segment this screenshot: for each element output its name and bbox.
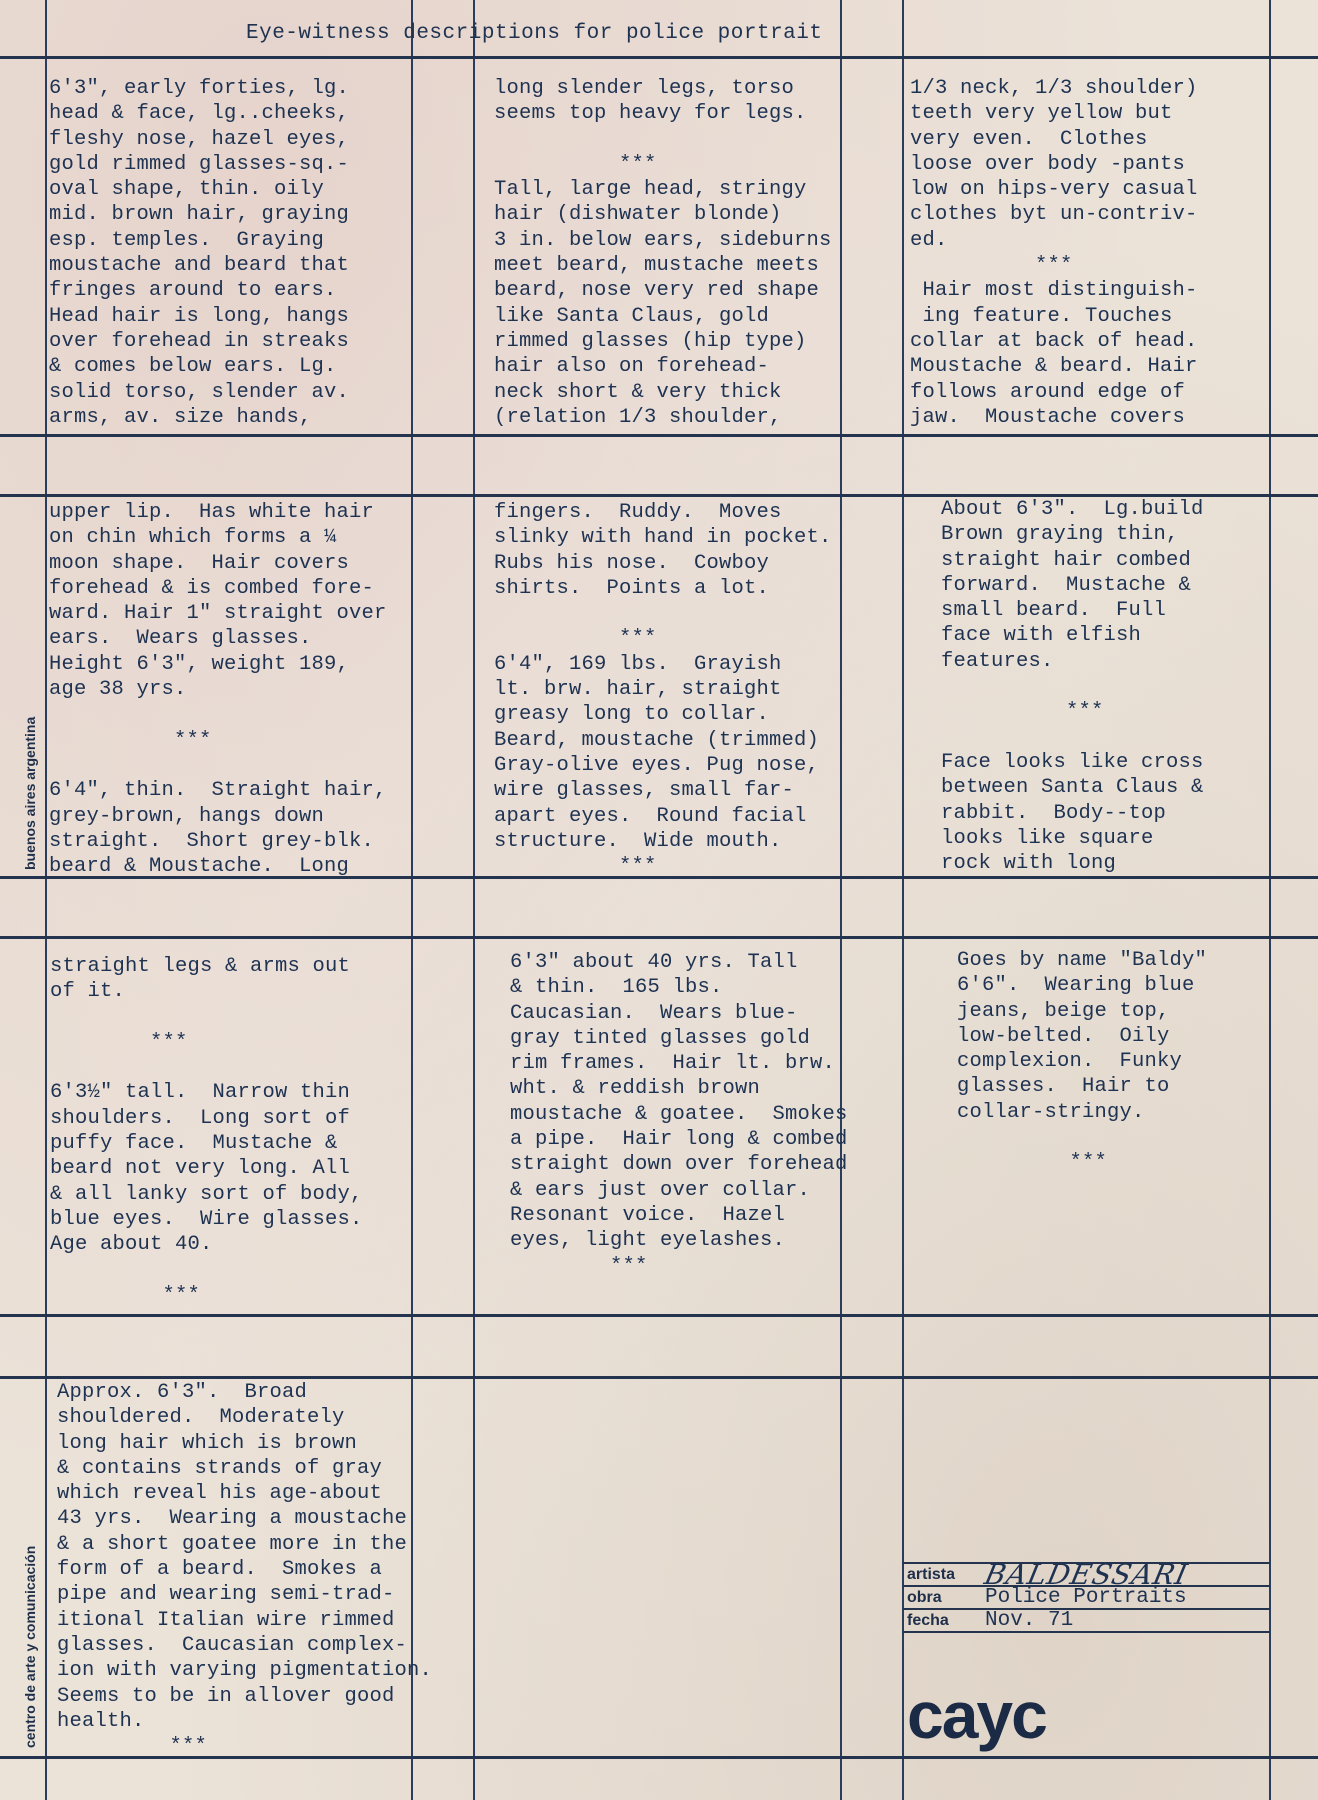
grid-line-horizontal bbox=[0, 1314, 1318, 1317]
description-cell-r1c3: 1/3 neck, 1/3 shoulder) teeth very yello… bbox=[910, 76, 1198, 430]
obra-label: obra bbox=[903, 1588, 985, 1608]
description-cell-r2c1: upper lip. Has white hair on chin which … bbox=[49, 500, 387, 879]
description-cell-r3c1: straight legs & arms out of it. *** 6'3½… bbox=[50, 954, 363, 1308]
description-cell-r4c1: Approx. 6'3". Broad shouldered. Moderate… bbox=[57, 1380, 432, 1759]
description-cell-r3c3: Goes by name "Baldy" 6'6". Wearing blue … bbox=[957, 948, 1207, 1176]
grid-line-horizontal bbox=[0, 1376, 1318, 1379]
grid-line-vertical bbox=[840, 0, 842, 1800]
artist-signature: BALDESSARI bbox=[983, 1565, 1190, 1585]
obra-value: Police Portraits bbox=[985, 1588, 1187, 1608]
fecha-label: fecha bbox=[903, 1611, 985, 1631]
artwork-metadata: artista BALDESSARI obra Police Portraits… bbox=[903, 1562, 1270, 1633]
grid-line-vertical bbox=[45, 0, 47, 1800]
grid-line-horizontal bbox=[0, 936, 1318, 939]
meta-row-artista: artista BALDESSARI bbox=[903, 1562, 1270, 1585]
meta-row-obra: obra Police Portraits bbox=[903, 1585, 1270, 1608]
fecha-value: Nov. 71 bbox=[985, 1611, 1073, 1631]
description-cell-r2c3: About 6'3". Lg.build Brown graying thin,… bbox=[941, 497, 1204, 876]
grid-line-vertical bbox=[473, 0, 475, 1800]
side-label-location: buenos aires argentina bbox=[22, 717, 38, 870]
description-cell-r3c2: 6'3" about 40 yrs. Tall & thin. 165 lbs.… bbox=[510, 950, 848, 1279]
description-cell-r2c2: fingers. Ruddy. Moves slinky with hand i… bbox=[494, 500, 832, 879]
artista-label: artista bbox=[903, 1565, 985, 1585]
cayc-logo: cayc bbox=[907, 1682, 1046, 1748]
description-cell-r1c1: 6'3", early forties, lg. head & face, lg… bbox=[49, 76, 349, 430]
grid-line-vertical bbox=[902, 0, 904, 1800]
meta-row-fecha: fecha Nov. 71 bbox=[903, 1608, 1270, 1633]
page-title: Eye-witness descriptions for police port… bbox=[246, 22, 823, 45]
side-label-institution: centro de arte y comunicación bbox=[22, 1546, 38, 1748]
grid-line-horizontal bbox=[0, 56, 1318, 59]
grid-line-horizontal bbox=[0, 434, 1318, 437]
description-cell-r1c2: long slender legs, torso seems top heavy… bbox=[494, 76, 832, 430]
grid-line-vertical bbox=[1269, 0, 1271, 1800]
